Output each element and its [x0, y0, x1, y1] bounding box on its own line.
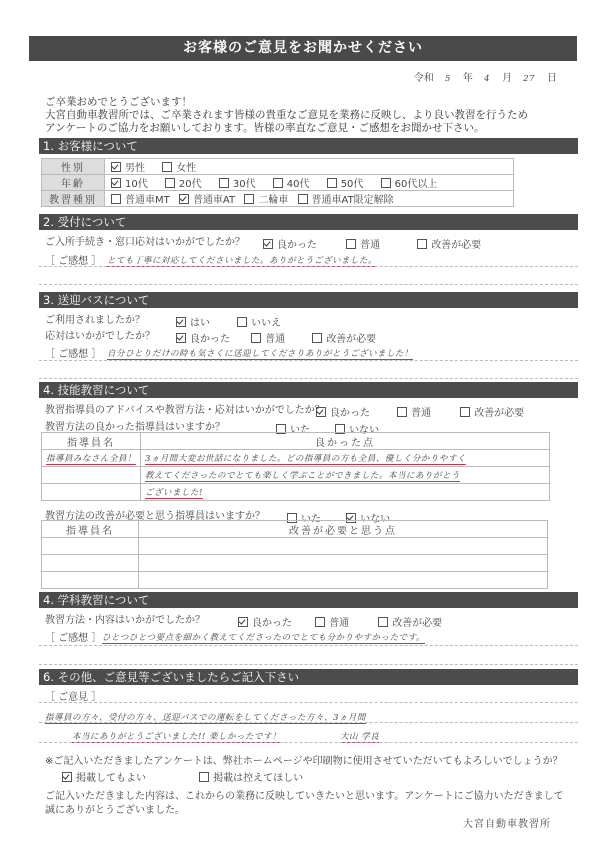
- comment-label: ［ ご感想 ］: [45, 252, 101, 267]
- instructor-name-cell[interactable]: [42, 538, 139, 555]
- checkbox-checked-icon[interactable]: [111, 178, 121, 188]
- instructor-name-cell[interactable]: [42, 572, 139, 589]
- comment-line: [39, 742, 578, 743]
- option-10s[interactable]: 10代: [111, 175, 148, 190]
- checkbox-checked-icon[interactable]: [62, 772, 72, 782]
- checkbox-icon[interactable]: [460, 407, 470, 417]
- option-good[interactable]: 良かった: [316, 404, 370, 419]
- option-at-release[interactable]: 普通車AT限定解除: [298, 191, 394, 206]
- checkbox-icon[interactable]: [165, 178, 175, 188]
- section-heading-customer: 1. お客様について: [39, 138, 578, 154]
- good-point[interactable]: 教えてくださったのでとても楽しく学ぶことができました。本当にありがとう: [145, 471, 460, 482]
- intro-line: 大宮自動車教習所では、ご卒業されます皆様の貴重なご意見を業務に反映し、より良い教…: [45, 109, 528, 122]
- column-header: 指導員名: [42, 433, 141, 450]
- good-instructor-table: 指導員名 良かった点 指導員みなさん全員！ 3ヵ月間大変お世話になりました。どの…: [41, 432, 550, 501]
- checkbox-icon[interactable]: [244, 194, 254, 204]
- closing-text: ご記入いただきました内容は、これからの業務に反映していきたいと思います。アンケー…: [45, 790, 564, 818]
- date-day[interactable]: 27: [523, 74, 535, 84]
- improve-point-cell[interactable]: [139, 555, 548, 572]
- date-month-unit: 月: [502, 73, 512, 84]
- intro-line: ご卒業おめでとうございます！: [45, 96, 528, 109]
- checkbox-icon[interactable]: [315, 617, 325, 627]
- school-signature: 大宮自動車教習所: [463, 815, 551, 830]
- option-motorcycle[interactable]: 二輪車: [244, 191, 288, 206]
- option-average[interactable]: 普通: [346, 236, 380, 251]
- date-month[interactable]: 4: [484, 74, 490, 84]
- option-needs-improvement[interactable]: 改善が必要: [312, 330, 376, 345]
- good-point[interactable]: 3ヵ月間大変お世話になりました。どの指導員の方も全員、優しく分かりやすく: [145, 454, 466, 465]
- checkbox-icon[interactable]: [273, 178, 283, 188]
- comment-line: [39, 378, 578, 379]
- reception-question: ご入所手続き・窓口応対はいかがでしたか？: [45, 233, 245, 248]
- table-header: 指導員名 良かった点: [42, 433, 550, 450]
- improve-point-cell[interactable]: [139, 572, 548, 589]
- checkbox-icon[interactable]: [312, 333, 322, 343]
- instructor-advice-question: 教習指導員のアドバイスや教習方法・応対はいかがでしたか？: [45, 401, 325, 416]
- option-male[interactable]: 男性: [111, 159, 145, 174]
- checkbox-checked-icon[interactable]: [176, 333, 186, 343]
- option-60s-plus[interactable]: 60代以上: [381, 175, 438, 190]
- row-label: 年齢: [42, 175, 105, 191]
- checkbox-checked-icon[interactable]: [263, 239, 273, 249]
- column-header: 指導員名: [42, 521, 139, 538]
- table-row: [42, 538, 548, 555]
- row-label: 性別: [42, 159, 105, 175]
- option-good[interactable]: 良かった: [176, 330, 230, 345]
- customer-info-table: 性別 男性 女性 年齢 10代 20代 30代 40代 50代 60代以上 教習…: [41, 158, 514, 207]
- improve-instructor-table: 指導員名 改善が必要と思う点: [41, 520, 548, 589]
- date-day-unit: 日: [547, 73, 557, 84]
- survey-title: お客様のご意見をお聞かせください: [29, 36, 577, 61]
- checkbox-icon[interactable]: [346, 239, 356, 249]
- checkbox-checked-icon[interactable]: [316, 407, 326, 417]
- option-50s[interactable]: 50代: [327, 175, 364, 190]
- checkbox-checked-icon[interactable]: [238, 617, 248, 627]
- checkbox-icon[interactable]: [381, 178, 391, 188]
- comment-label: ［ ご感想 ］: [45, 345, 101, 360]
- publication-consent-question: ※ご記入いただきましたアンケートは、弊社ホームページや印刷物に使用させていただい…: [45, 752, 563, 767]
- checkbox-icon[interactable]: [327, 178, 337, 188]
- table-row: [42, 555, 548, 572]
- intro-text: ご卒業おめでとうございます！ 大宮自動車教習所では、ご卒業されます皆様の貴重なご…: [45, 96, 528, 135]
- checkbox-icon[interactable]: [111, 194, 121, 204]
- option-do-not-publish[interactable]: 掲載は控えてほしい: [199, 769, 303, 784]
- intro-line: アンケートのご協力をお願いしております。皆様の率直なご意見・ご感想をお聞かせ下さ…: [45, 122, 528, 135]
- section-heading-reception: 2. 受付について: [39, 214, 578, 230]
- option-female[interactable]: 女性: [162, 159, 196, 174]
- section-heading-other-comments: 6. その他、ご意見等ございましたらご記入下さい: [39, 669, 578, 685]
- option-needs-improvement[interactable]: 改善が必要: [378, 614, 442, 629]
- checkbox-checked-icon[interactable]: [179, 194, 189, 204]
- checkbox-icon[interactable]: [237, 317, 247, 327]
- option-mt[interactable]: 普通車MT: [111, 191, 170, 206]
- option-needs-improvement[interactable]: 改善が必要: [460, 404, 524, 419]
- shuttle-bus-comment[interactable]: 自分ひとりだけの時も気さくに送迎してくださりありがとうございました！: [107, 347, 413, 360]
- checkbox-checked-icon[interactable]: [111, 162, 121, 172]
- classroom-comment[interactable]: ひとつひとつ要点を細かく教えてくださったのでとても分かりやすかったです。: [102, 631, 425, 644]
- gender-row: 性別 男性 女性: [42, 159, 514, 175]
- option-40s[interactable]: 40代: [273, 175, 310, 190]
- row-label: 教習種別: [42, 191, 105, 207]
- table-row: 指導員みなさん全員！ 3ヵ月間大変お世話になりました。どの指導員の方も全員、優し…: [42, 450, 550, 467]
- comment-line: [39, 360, 578, 361]
- course-type-row: 教習種別 普通車MT 普通車AT 二輪車 普通車AT限定解除: [42, 191, 514, 207]
- section-heading-shuttle-bus: 3. 送迎バスについて: [39, 292, 578, 308]
- comment-label: ［ ご感想 ］: [45, 629, 101, 644]
- comment-line: [39, 266, 578, 267]
- checkbox-checked-icon[interactable]: [176, 317, 186, 327]
- checkbox-icon[interactable]: [378, 617, 388, 627]
- comment-line: [39, 702, 578, 703]
- section-heading-driving-lessons: 4. 技能教習について: [39, 382, 578, 398]
- age-row: 年齢 10代 20代 30代 40代 50代 60代以上: [42, 175, 514, 191]
- closing-line: ご記入いただきました内容は、これからの業務に反映していきたいと思います。アンケー…: [45, 790, 564, 804]
- comment-line: [39, 284, 578, 285]
- option-at[interactable]: 普通車AT: [179, 191, 235, 206]
- checkbox-icon[interactable]: [298, 194, 308, 204]
- option-average[interactable]: 普通: [315, 614, 349, 629]
- option-needs-improvement[interactable]: 改善が必要: [417, 236, 481, 251]
- option-may-publish[interactable]: 掲載してもよい: [62, 769, 146, 784]
- table-row: 教えてくださったのでとても楽しく学ぶことができました。本当にありがとう: [42, 467, 550, 484]
- bus-used-question: ご利用されましたか？: [45, 311, 145, 326]
- option-good[interactable]: 良かった: [238, 614, 292, 629]
- bus-service-question: 応対はいかがでしたか？: [45, 327, 155, 342]
- table-row: ございました!: [42, 484, 550, 501]
- option-30s[interactable]: 30代: [219, 175, 256, 190]
- date-era: 令和: [414, 73, 434, 84]
- good-point[interactable]: ございました!: [145, 488, 203, 499]
- comment-line: [39, 645, 578, 646]
- column-header: 良かった点: [141, 433, 550, 450]
- improve-point-cell[interactable]: [139, 538, 548, 555]
- comment-line: [39, 722, 578, 723]
- checkbox-icon[interactable]: [251, 333, 261, 343]
- checkbox-icon[interactable]: [219, 178, 229, 188]
- checkbox-icon[interactable]: [397, 407, 407, 417]
- checkbox-icon[interactable]: [162, 162, 172, 172]
- instructor-name-cell[interactable]: [42, 555, 139, 572]
- checkbox-icon[interactable]: [417, 239, 427, 249]
- comment-line: [39, 664, 578, 665]
- classroom-question: 教習方法・内容はいかがでしたか？: [45, 611, 205, 626]
- option-average[interactable]: 普通: [251, 330, 285, 345]
- table-row: [42, 572, 548, 589]
- instructor-name[interactable]: 指導員みなさん全員！: [46, 454, 136, 465]
- date-year-unit: 年: [463, 73, 473, 84]
- option-20s[interactable]: 20代: [165, 175, 202, 190]
- date-line: 令和 5年 4月 27日: [410, 69, 557, 84]
- section-heading-classroom-lessons: 4. 学科教習について: [39, 592, 578, 608]
- column-header: 改善が必要と思う点: [139, 521, 548, 538]
- table-header: 指導員名 改善が必要と思う点: [42, 521, 548, 538]
- option-good[interactable]: 良かった: [263, 236, 317, 251]
- date-year[interactable]: 5: [445, 74, 451, 84]
- good-instructor-question: 教習方法の良かった指導員はいますか？: [45, 418, 225, 433]
- option-average[interactable]: 普通: [397, 404, 431, 419]
- comment-label: ［ ご意見 ］: [45, 688, 101, 703]
- checkbox-icon[interactable]: [199, 772, 209, 782]
